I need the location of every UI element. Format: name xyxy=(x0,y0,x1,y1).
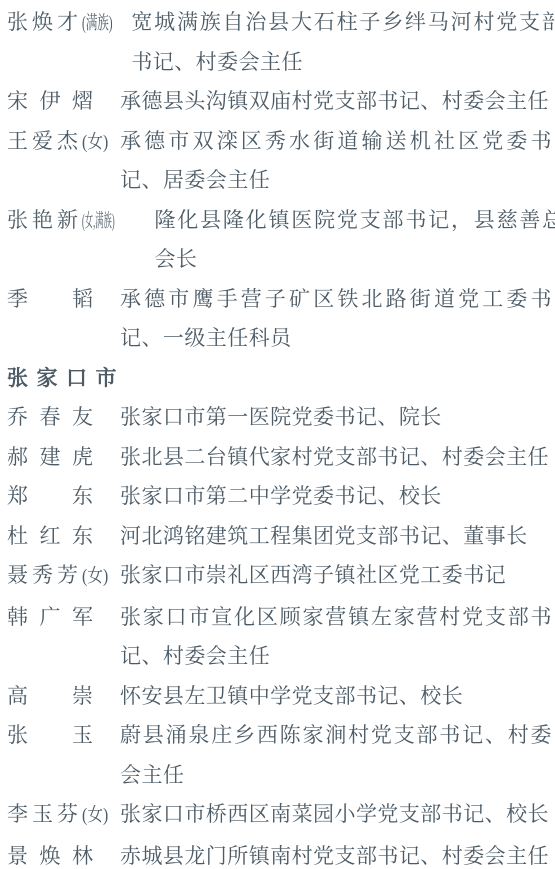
awardee-role: 宽城满族自治县大石柱子乡绊马河村党支部书记、村委会主任 xyxy=(131,3,555,82)
awardee-role: 河北鸿铭建筑工程集团党支部书记、董事长 xyxy=(120,517,552,557)
awardee-role: 张家口市崇礼区西湾子镇社区党工委书记 xyxy=(120,556,552,596)
awardee-name: 张焕才 xyxy=(7,3,82,43)
award-list-entry: 郝建虎 张北县二台镇代家村党支部书记、村委会主任 xyxy=(7,438,555,478)
awardee-role-line: 蔚县涌泉庄乡西陈家涧村党支部书记、村委 xyxy=(120,716,552,756)
awardee-name: 景焕林 xyxy=(7,837,93,869)
award-list-entry: 张焕才(满族) 宽城满族自治县大石柱子乡绊马河村党支部书记、村委会主任 xyxy=(7,3,555,82)
awardee-name-cell: 景焕林 xyxy=(7,837,120,869)
awardee-annotation: (女) xyxy=(82,797,108,837)
awardee-name-cell: 张 玉 xyxy=(7,716,120,756)
awardee-role-line: 隆化县隆化镇医院党支部书记，县慈善总会 xyxy=(154,201,555,241)
award-list-entry: 郑 东 张家口市第二中学党委书记、校长 xyxy=(7,477,555,517)
award-list-entry: 张 玉 蔚县涌泉庄乡西陈家涧村党支部书记、村委会主任 xyxy=(7,716,555,795)
awardee-name: 李玉芬 xyxy=(7,795,82,835)
awardee-role-line: 会主任 xyxy=(120,756,552,796)
awardee-role: 承德县头沟镇双庙村党支部书记、村委会主任 xyxy=(120,82,552,122)
award-list-entry: 宋伊熠 承德县头沟镇双庙村党支部书记、村委会主任 xyxy=(7,82,555,122)
awardee-role: 承德市双滦区秀水街道输送机社区党委书记、居委会主任 xyxy=(120,122,552,201)
awardee-name: 张艳新 xyxy=(7,201,82,241)
document-page: 张焕才(满族) 宽城满族自治县大石柱子乡绊马河村党支部书记、村委会主任 宋伊熠 … xyxy=(0,0,555,869)
award-list-entry: 乔春友 张家口市第一医院党委书记、院长 xyxy=(7,398,555,438)
awardee-name-cell: 韩广军 xyxy=(7,598,120,638)
awardee-role-line: 书记、村委会主任 xyxy=(131,43,555,83)
awardee-name: 季 韬 xyxy=(7,280,93,320)
awardee-name: 王爱杰 xyxy=(7,122,82,162)
awardee-role-line: 记、居委会主任 xyxy=(120,161,552,201)
award-list-entry: 杜红东 河北鸿铭建筑工程集团党支部书记、董事长 xyxy=(7,517,555,557)
awardee-name-cell: 张艳新(女,满族) xyxy=(7,201,154,243)
awardee-name: 韩广军 xyxy=(7,598,93,638)
award-list-entry: 李玉芬(女) 张家口市桥西区南菜园小学党支部书记、校长 xyxy=(7,795,555,837)
award-list-entry: 聂秀芳(女) 张家口市崇礼区西湾子镇社区党工委书记 xyxy=(7,556,555,598)
awardee-role-line: 记、村委会主任 xyxy=(120,637,552,677)
awardee-role-line: 张家口市第二中学党委书记、校长 xyxy=(120,477,552,517)
awardee-name: 聂秀芳 xyxy=(7,556,82,596)
awardee-role: 张家口市第二中学党委书记、校长 xyxy=(120,477,552,517)
awardee-name-cell: 郑 东 xyxy=(7,477,120,517)
award-list-entry: 张艳新(女,满族) 隆化县隆化镇医院党支部书记，县慈善总会会长 xyxy=(7,201,555,280)
award-list-entry: 季 韬 承德市鹰手营子矿区铁北路街道党工委书记、一级主任科员 xyxy=(7,280,555,359)
city-section-header: 张家口市 xyxy=(7,366,125,390)
awardee-name-cell: 宋伊熠 xyxy=(7,82,120,122)
awardee-name: 乔春友 xyxy=(7,398,93,438)
award-list-entry: 王爱杰(女) 承德市双滦区秀水街道输送机社区党委书记、居委会主任 xyxy=(7,122,555,201)
awardee-role-line: 张家口市宣化区顾家营镇左家营村党支部书 xyxy=(120,598,552,638)
awardee-role-line: 怀安县左卫镇中学党支部书记、校长 xyxy=(120,677,552,717)
award-list-entry: 韩广军 张家口市宣化区顾家营镇左家营村党支部书记、村委会主任 xyxy=(7,598,555,677)
awardee-name-cell: 张焕才(满族) xyxy=(7,3,131,45)
awardee-role-line: 张北县二台镇代家村党支部书记、村委会主任 xyxy=(120,438,552,478)
awardee-annotation: (女) xyxy=(82,558,108,598)
awardee-name-cell: 高 崇 xyxy=(7,677,120,717)
awardee-role-line: 河北鸿铭建筑工程集团党支部书记、董事长 xyxy=(120,517,552,557)
awardee-name-cell: 乔春友 xyxy=(7,398,120,438)
city-section-row: 张家口市 xyxy=(7,359,555,399)
awardee-name-cell: 王爱杰(女) xyxy=(7,122,120,164)
award-list-entry: 高 崇 怀安县左卫镇中学党支部书记、校长 xyxy=(7,677,555,717)
awardee-role: 张家口市桥西区南菜园小学党支部书记、校长 xyxy=(120,795,552,835)
awardee-role: 隆化县隆化镇医院党支部书记，县慈善总会会长 xyxy=(154,201,555,280)
awardee-name-cell: 李玉芬(女) xyxy=(7,795,120,837)
awardee-role-line: 张家口市第一医院党委书记、院长 xyxy=(120,398,552,438)
awardee-role: 赤城县龙门所镇南村党支部书记、村委会主任 xyxy=(120,837,552,869)
awardee-role: 张家口市宣化区顾家营镇左家营村党支部书记、村委会主任 xyxy=(120,598,552,677)
awardee-role: 怀安县左卫镇中学党支部书记、校长 xyxy=(120,677,552,717)
awardee-name-cell: 聂秀芳(女) xyxy=(7,556,120,598)
awardee-name: 张 玉 xyxy=(7,716,93,756)
awardee-name-cell: 杜红东 xyxy=(7,517,120,557)
awardee-name: 郑 东 xyxy=(7,477,93,517)
awardee-role: 张北县二台镇代家村党支部书记、村委会主任 xyxy=(120,438,552,478)
awardee-role: 承德市鹰手营子矿区铁北路街道党工委书记、一级主任科员 xyxy=(120,280,552,359)
awardee-role-line: 赤城县龙门所镇南村党支部书记、村委会主任 xyxy=(120,837,552,869)
awardee-name: 郝建虎 xyxy=(7,438,93,478)
awardee-name-cell: 郝建虎 xyxy=(7,438,120,478)
awardee-role-line: 承德县头沟镇双庙村党支部书记、村委会主任 xyxy=(120,82,552,122)
awardee-role-line: 承德市双滦区秀水街道输送机社区党委书 xyxy=(120,122,552,162)
award-list: 张焕才(满族) 宽城满族自治县大石柱子乡绊马河村党支部书记、村委会主任 宋伊熠 … xyxy=(7,3,555,869)
awardee-role-line: 张家口市桥西区南菜园小学党支部书记、校长 xyxy=(120,795,552,835)
awardee-role: 蔚县涌泉庄乡西陈家涧村党支部书记、村委会主任 xyxy=(120,716,552,795)
awardee-role-line: 宽城满族自治县大石柱子乡绊马河村党支部 xyxy=(131,3,555,43)
awardee-role-line: 记、一级主任科员 xyxy=(120,319,552,359)
awardee-name: 高 崇 xyxy=(7,677,93,717)
awardee-name-cell: 季 韬 xyxy=(7,280,120,320)
awardee-annotation: (女) xyxy=(82,124,108,164)
awardee-annotation: (满族) xyxy=(82,5,113,45)
awardee-annotation: (女,满族) xyxy=(82,203,115,243)
awardee-role: 张家口市第一医院党委书记、院长 xyxy=(120,398,552,438)
awardee-role-line: 张家口市崇礼区西湾子镇社区党工委书记 xyxy=(120,556,552,596)
award-list-entry: 景焕林 赤城县龙门所镇南村党支部书记、村委会主任 xyxy=(7,837,555,869)
awardee-role-line: 承德市鹰手营子矿区铁北路街道党工委书 xyxy=(120,280,552,320)
awardee-name: 杜红东 xyxy=(7,517,93,557)
awardee-role-line: 会长 xyxy=(154,240,555,280)
awardee-name: 宋伊熠 xyxy=(7,82,93,122)
